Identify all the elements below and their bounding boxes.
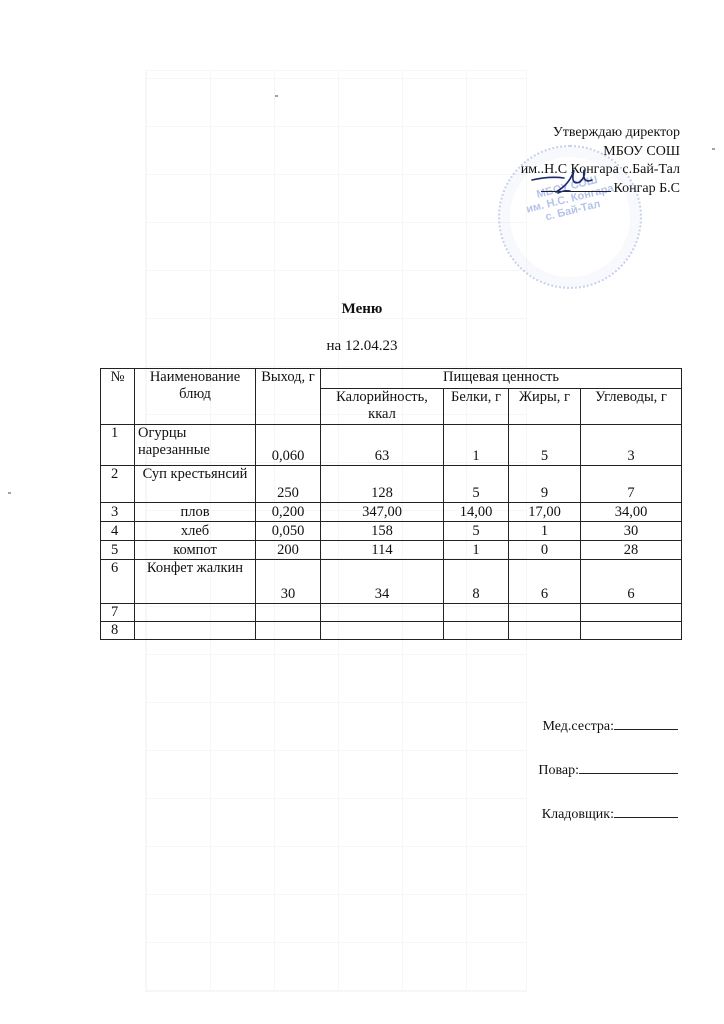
cell-protein: 1: [444, 425, 509, 466]
scan-speck: [275, 95, 278, 97]
cell-name: [135, 622, 256, 640]
cell-calories: 34: [321, 560, 444, 604]
signature-blank: [579, 760, 678, 774]
cell-fat: 9: [509, 466, 581, 503]
cell-calories: [321, 604, 444, 622]
table-row: 4 хлеб 0,050 158 5 1 30: [101, 522, 682, 541]
cell-calories: 128: [321, 466, 444, 503]
cell-name: [135, 604, 256, 622]
cell-carbs: 6: [581, 560, 682, 604]
cell-num: 8: [101, 622, 135, 640]
cell-protein: 1: [444, 541, 509, 560]
scan-speck: [8, 492, 11, 494]
table-row: 6 Конфет жалкин 30 34 8 6 6: [101, 560, 682, 604]
header-carbs: Углеводы, г: [581, 389, 682, 425]
table-row: 5 компот 200 114 1 0 28: [101, 541, 682, 560]
cell-yield: [256, 622, 321, 640]
cell-yield: 0,200: [256, 503, 321, 522]
header-fat: Жиры, г: [509, 389, 581, 425]
cell-name: Суп крестьянсий: [135, 466, 256, 503]
table-header-row: № Наименование блюд Выход, г Пищевая цен…: [101, 369, 682, 389]
cell-carbs: 3: [581, 425, 682, 466]
menu-date: на 12.04.23: [0, 338, 724, 355]
cell-num: 6: [101, 560, 135, 604]
cell-num: 1: [101, 425, 135, 466]
approval-line-1: Утверждаю директор: [521, 124, 680, 143]
signoffs-block: Мед.сестра: Повар: Кладовщик:: [538, 716, 678, 848]
header-name: Наименование блюд: [135, 369, 256, 425]
cell-protein: [444, 622, 509, 640]
cell-calories: 347,00: [321, 503, 444, 522]
cell-carbs: 28: [581, 541, 682, 560]
cell-num: 3: [101, 503, 135, 522]
cell-protein: 8: [444, 560, 509, 604]
cell-name: хлеб: [135, 522, 256, 541]
signature-icon: [530, 166, 610, 196]
cell-name: компот: [135, 541, 256, 560]
header-protein: Белки, г: [444, 389, 509, 425]
cell-name: Огурцы нарезанные: [135, 425, 256, 466]
signoff-cook: Повар:: [538, 760, 678, 779]
signoff-storekeeper-label: Кладовщик:: [542, 807, 614, 822]
cell-calories: [321, 622, 444, 640]
table-row: 2 Суп крестьянсий 250 128 5 9 7: [101, 466, 682, 503]
cell-fat: 6: [509, 560, 581, 604]
cell-protein: 5: [444, 466, 509, 503]
cell-name: плов: [135, 503, 256, 522]
header-calories: Калорийность, ккал: [321, 389, 444, 425]
table-row: 8: [101, 622, 682, 640]
cell-num: 2: [101, 466, 135, 503]
cell-carbs: [581, 622, 682, 640]
cell-protein: 14,00: [444, 503, 509, 522]
cell-yield: 0,050: [256, 522, 321, 541]
cell-yield: 0,060: [256, 425, 321, 466]
cell-fat: 1: [509, 522, 581, 541]
director-name: Конгар Б.С: [614, 181, 680, 196]
cell-num: 7: [101, 604, 135, 622]
signature-blank: [614, 716, 678, 730]
cell-carbs: 30: [581, 522, 682, 541]
cell-yield: 200: [256, 541, 321, 560]
signoff-storekeeper: Кладовщик:: [538, 804, 678, 823]
cell-num: 4: [101, 522, 135, 541]
cell-fat: 17,00: [509, 503, 581, 522]
signoff-nurse: Мед.сестра:: [538, 716, 678, 735]
cell-yield: 250: [256, 466, 321, 503]
cell-fat: 5: [509, 425, 581, 466]
signoff-nurse-label: Мед.сестра:: [543, 719, 614, 734]
cell-calories: 114: [321, 541, 444, 560]
header-nutrition: Пищевая ценность: [321, 369, 682, 389]
cell-fat: [509, 622, 581, 640]
cell-fat: 0: [509, 541, 581, 560]
cell-protein: 5: [444, 522, 509, 541]
header-num: №: [101, 369, 135, 425]
table-row: 1 Огурцы нарезанные 0,060 63 1 5 3: [101, 425, 682, 466]
page-title: Меню: [0, 301, 724, 318]
cell-protein: [444, 604, 509, 622]
cell-fat: [509, 604, 581, 622]
cell-carbs: 34,00: [581, 503, 682, 522]
scan-speck: [712, 148, 715, 150]
cell-calories: 158: [321, 522, 444, 541]
cell-carbs: [581, 604, 682, 622]
header-yield: Выход, г: [256, 369, 321, 425]
cell-num: 5: [101, 541, 135, 560]
cell-calories: 63: [321, 425, 444, 466]
cell-carbs: 7: [581, 466, 682, 503]
signature-blank: [614, 804, 678, 818]
table-row: 3 плов 0,200 347,00 14,00 17,00 34,00: [101, 503, 682, 522]
approval-line-2: МБОУ СОШ: [521, 143, 680, 162]
menu-table: № Наименование блюд Выход, г Пищевая цен…: [100, 368, 682, 640]
cell-name: Конфет жалкин: [135, 560, 256, 604]
cell-yield: [256, 604, 321, 622]
table-row: 7: [101, 604, 682, 622]
signoff-cook-label: Повар:: [538, 763, 579, 778]
cell-yield: 30: [256, 560, 321, 604]
